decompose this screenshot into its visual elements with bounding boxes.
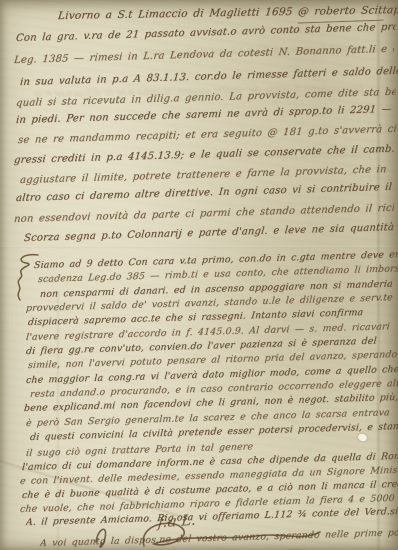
manuscript-page: in sua valuta in p.a A 83.1.13. cor.do l… — [0, 0, 398, 550]
signature-initials: f.a L. — [157, 511, 197, 532]
manuscript-line: in sua valuta in p.a A 83.1.13. cor.do l… — [19, 66, 398, 88]
manuscript-line: Scorza segna p.to Colonnarij e parte d'a… — [23, 222, 398, 244]
manuscript-line: non essendovi novità da parte ci parmi c… — [13, 203, 394, 225]
manuscript-line: altro caso ci daremo altre direttive. In… — [15, 182, 396, 204]
manuscript-line: Con la gra. v.ra de 21 passato avvisat.o… — [15, 22, 396, 44]
manuscript-line: se ne re mandammo recapiti; et era segui… — [17, 124, 398, 146]
manuscript-line: gressi crediti in p.a 4145.13.9; e le qu… — [13, 144, 394, 166]
paper-crease — [0, 246, 398, 248]
postscript-line: A voi quanto la dispos.ne del vostro ava… — [39, 527, 398, 549]
manuscript-line: Leg. 1385 — rimesi in L.ra Lendova da co… — [13, 44, 394, 66]
dateline: Livorno a S.t Limaccio di Maglietti 1695… — [57, 3, 398, 22]
